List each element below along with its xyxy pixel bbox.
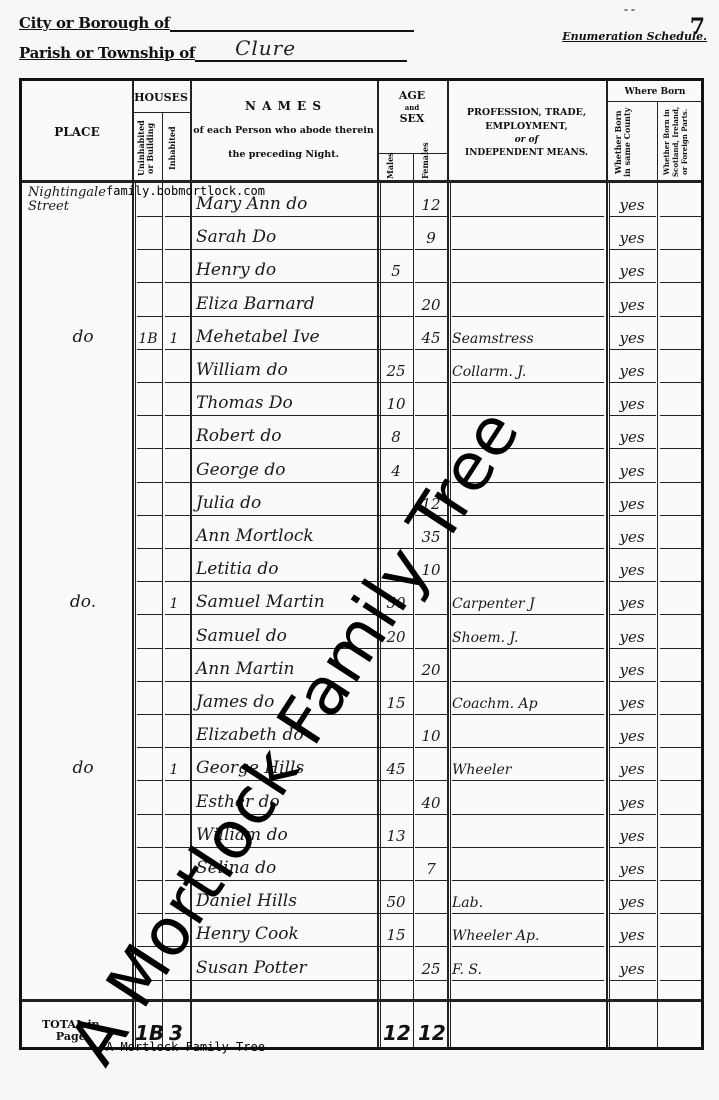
born-same-county-cell: yes xyxy=(608,628,656,646)
col-header-profession-1: PROFESSION, TRADE, xyxy=(447,107,606,118)
table-row: Henry do5yes xyxy=(22,250,701,283)
col-header-where-born: Where Born xyxy=(606,87,704,97)
male-age-cell: 13 xyxy=(378,827,414,845)
city-borough-field xyxy=(170,14,414,32)
table-row: Samuel do20Shoem. J.yes xyxy=(22,616,701,649)
table-row: do1B1Mehetabel Ive45Seamstressyes xyxy=(22,317,701,350)
table-row: Susan Potter25F. S.yes xyxy=(22,948,701,981)
table-row: James do15Coachm. Apyes xyxy=(22,682,701,715)
total-females: 12 xyxy=(418,1021,446,1045)
name-cell: William do xyxy=(196,360,376,380)
profession-cell: Seamstress xyxy=(452,331,602,347)
watermark-footer: A Mortlock Family Tree xyxy=(106,1040,265,1054)
name-cell: Susan Potter xyxy=(196,958,376,978)
table-row: Julia do12yes xyxy=(22,483,701,516)
table-row: Letitia do10yes xyxy=(22,549,701,582)
profession-cell: Wheeler xyxy=(452,762,602,778)
name-cell: Letitia do xyxy=(196,559,376,579)
born-same-county-cell: yes xyxy=(608,760,656,778)
male-age-cell: 8 xyxy=(378,428,414,446)
female-age-cell: 35 xyxy=(414,528,448,546)
born-same-county-cell: yes xyxy=(608,262,656,280)
col-header-names: N A M E S xyxy=(190,99,377,113)
born-same-county-cell: yes xyxy=(608,229,656,247)
born-same-county-cell: yes xyxy=(608,296,656,314)
table-row: George do4yes xyxy=(22,450,701,483)
female-age-cell: 20 xyxy=(414,296,448,314)
name-cell: Robert do xyxy=(196,426,376,446)
col-header-houses: HOUSES xyxy=(132,91,190,104)
female-age-cell: 7 xyxy=(414,860,448,878)
name-cell: Henry Cook xyxy=(196,924,376,944)
male-age-cell: 20 xyxy=(378,628,414,646)
city-borough-line: City or Borough of xyxy=(19,14,414,32)
inhabited-cell: 1 xyxy=(160,596,188,612)
female-age-cell: 20 xyxy=(414,661,448,679)
profession-cell: Carpenter J xyxy=(452,596,602,612)
born-same-county-cell: yes xyxy=(608,329,656,347)
name-cell: Thomas Do xyxy=(196,393,376,413)
name-cell: Sarah Do xyxy=(196,227,376,247)
city-borough-label: City or Borough of xyxy=(19,14,170,32)
col-header-names-sub1: of each Person who abode therein xyxy=(190,125,377,136)
profession-cell: F. S. xyxy=(452,962,602,978)
name-cell: Henry do xyxy=(196,260,376,280)
inhabited-cell: 1 xyxy=(160,762,188,778)
born-same-county-cell: yes xyxy=(608,594,656,612)
name-cell: Esther do xyxy=(196,792,376,812)
born-same-county-cell: yes xyxy=(608,926,656,944)
col-header-uninhabited: Uninhabited or Building xyxy=(137,119,161,177)
col-header-profession-2: EMPLOYMENT, xyxy=(447,121,606,132)
female-age-cell: 25 xyxy=(414,960,448,978)
profession-cell: Collarm. J. xyxy=(452,364,602,380)
born-same-county-cell: yes xyxy=(608,827,656,845)
col-header-females: Females xyxy=(421,157,441,179)
place-cell: do xyxy=(28,758,138,778)
female-age-cell: 10 xyxy=(414,727,448,745)
place-cell: do. xyxy=(28,592,138,612)
female-age-cell: 40 xyxy=(414,794,448,812)
born-same-county-cell: yes xyxy=(608,694,656,712)
male-age-cell: 10 xyxy=(378,395,414,413)
census-table: PLACE HOUSES Uninhabited or Building Inh… xyxy=(19,78,704,1050)
born-same-county-cell: yes xyxy=(608,561,656,579)
table-row: Sarah Do9yes xyxy=(22,217,701,250)
name-cell: Daniel Hills xyxy=(196,891,376,911)
name-cell: Selina do xyxy=(196,858,376,878)
profession-cell: Coachm. Ap xyxy=(452,696,602,712)
born-same-county-cell: yes xyxy=(608,462,656,480)
col-header-age-and: and xyxy=(377,103,447,112)
col-header-place: PLACE xyxy=(22,125,132,139)
name-cell: William do xyxy=(196,825,376,845)
table-row: Henry Cook15Wheeler Ap.yes xyxy=(22,914,701,947)
table-row: do1George Hills45Wheeleryes xyxy=(22,748,701,781)
male-age-cell: 5 xyxy=(378,262,414,280)
parish-value: Clure xyxy=(235,36,296,60)
totals-label: TOTAL in Page xyxy=(42,1019,100,1043)
profession-cell: Wheeler Ap. xyxy=(452,928,602,944)
table-row: Thomas Do10yes xyxy=(22,383,701,416)
col-header-males: Males xyxy=(386,157,406,179)
profession-cell: Lab. xyxy=(452,895,602,911)
profession-cell: Shoem. J. xyxy=(452,630,602,646)
born-same-county-cell: yes xyxy=(608,428,656,446)
born-same-county-cell: yes xyxy=(608,196,656,214)
female-age-cell: 12 xyxy=(414,196,448,214)
table-row: do.1Samuel Martin50Carpenter Jyes xyxy=(22,582,701,615)
male-age-cell: 50 xyxy=(378,594,414,612)
uninhabited-cell: 1B xyxy=(134,331,162,347)
watermark-url: family.bobmortlock.com xyxy=(106,184,265,198)
male-age-cell: 15 xyxy=(378,926,414,944)
parish-township-field: Clure xyxy=(195,44,407,62)
name-cell: George do xyxy=(196,460,376,480)
parish-township-line: Parish or Township ofClure xyxy=(19,44,407,62)
name-cell: Julia do xyxy=(196,493,376,513)
born-same-county-cell: yes xyxy=(608,661,656,679)
male-age-cell: 45 xyxy=(378,760,414,778)
col-header-profession-3: or of xyxy=(447,135,606,145)
table-row: Eliza Barnard20yes xyxy=(22,284,701,317)
page-dashes: - - xyxy=(624,2,635,17)
table-row: Ann Martin20yes xyxy=(22,649,701,682)
name-cell: Ann Martin xyxy=(196,659,376,679)
female-age-cell: 45 xyxy=(414,329,448,347)
name-cell: James do xyxy=(196,692,376,712)
total-males: 12 xyxy=(383,1021,411,1045)
col-header-sex: SEX xyxy=(377,112,447,125)
name-cell: Mehetabel Ive xyxy=(196,327,376,347)
table-row: Robert do8yes xyxy=(22,416,701,449)
born-same-county-cell: yes xyxy=(608,362,656,380)
born-same-county-cell: yes xyxy=(608,893,656,911)
table-row: Daniel Hills50Lab.yes xyxy=(22,881,701,914)
col-header-age: AGE xyxy=(377,89,447,102)
table-row: William do25Collarm. J.yes xyxy=(22,350,701,383)
col-header-profession-4: INDEPENDENT MEANS. xyxy=(447,148,606,158)
born-same-county-cell: yes xyxy=(608,960,656,978)
born-same-county-cell: yes xyxy=(608,860,656,878)
table-row: Ann Mortlock35yes xyxy=(22,516,701,549)
born-same-county-cell: yes xyxy=(608,395,656,413)
name-cell: Eliza Barnard xyxy=(196,294,376,314)
female-age-cell: 10 xyxy=(414,561,448,579)
born-same-county-cell: yes xyxy=(608,528,656,546)
enumeration-schedule-label: Enumeration Schedule. xyxy=(562,30,707,43)
table-row: Elizabeth do10yes xyxy=(22,715,701,748)
col-header-born-foreign: Whether Born in Scotland, Ireland, or Fo… xyxy=(662,105,702,179)
male-age-cell: 4 xyxy=(378,462,414,480)
scan-mark: ˇ xyxy=(350,0,355,10)
name-cell: Samuel do xyxy=(196,626,376,646)
born-same-county-cell: yes xyxy=(608,727,656,745)
col-header-inhabited: Inhabited xyxy=(168,119,186,177)
col-header-names-sub2: the preceding Night. xyxy=(190,149,377,160)
female-age-cell: 12 xyxy=(414,495,448,513)
born-same-county-cell: yes xyxy=(608,495,656,513)
table-row: Selina do7yes xyxy=(22,848,701,881)
place-cell: do xyxy=(28,327,138,347)
name-cell: Ann Mortlock xyxy=(196,526,376,546)
table-row: Esther do40yes xyxy=(22,782,701,815)
male-age-cell: 25 xyxy=(378,362,414,380)
name-cell: George Hills xyxy=(196,758,376,778)
table-row: William do13yes xyxy=(22,815,701,848)
born-same-county-cell: yes xyxy=(608,794,656,812)
col-header-born-same-county: Whether Born in same County xyxy=(614,105,654,179)
male-age-cell: 50 xyxy=(378,893,414,911)
female-age-cell: 9 xyxy=(414,229,448,247)
male-age-cell: 15 xyxy=(378,694,414,712)
name-cell: Elizabeth do xyxy=(196,725,376,745)
parish-township-label: Parish or Township of xyxy=(19,44,195,62)
name-cell: Samuel Martin xyxy=(196,592,376,612)
inhabited-cell: 1 xyxy=(160,331,188,347)
